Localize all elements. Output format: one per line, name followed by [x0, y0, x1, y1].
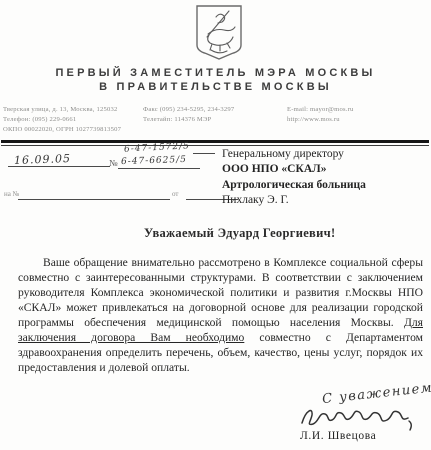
- salutation: Уважаемый Эдуард Георгиевич!: [144, 226, 335, 241]
- contact-fax: Факс (095) 234-5295, 234-3297: [143, 105, 287, 115]
- contact-email: E-mail: mayor@mos.ru: [287, 105, 407, 115]
- scanned-letter-page: ПЕРВЫЙ ЗАМЕСТИТЕЛЬ МЭРА МОСКВЫ В ПРАВИТЕ…: [0, 0, 431, 450]
- contact-web-column: E-mail: mayor@mos.ru http://www.mos.ru: [287, 105, 407, 135]
- letterhead-contact-block: Тверская улица, д. 13, Москва, 125032 Те…: [3, 105, 429, 135]
- date-line: [8, 166, 110, 167]
- recipient-person: Пихлаку Э. Г.: [222, 193, 366, 208]
- contact-okpo-ogrn: ОКПО 00022020, ОГРН 1027739813507: [3, 125, 133, 135]
- recipient-organization: ООО НПО «СКАЛ»: [222, 162, 366, 177]
- signature-scribble-icon: [298, 403, 420, 433]
- number-sign: №: [109, 158, 118, 168]
- body-part1: Ваше обращение внимательно рассмотрено в…: [18, 256, 423, 329]
- letterhead-title-line1: ПЕРВЫЙ ЗАМЕСТИТЕЛЬ МЭРА МОСКВЫ: [0, 67, 431, 79]
- contact-teletype: Телетайп: 114376 МЭР: [143, 115, 287, 125]
- reply-number-line: [18, 199, 170, 200]
- reply-to-number-label: на №: [4, 190, 19, 198]
- signatory-name: Л.И. Швецова: [300, 430, 376, 442]
- number-line-short: [193, 153, 215, 154]
- recipient-block: Генеральному директору ООО НПО «СКАЛ» Ар…: [222, 147, 366, 208]
- recipient-institution: Артрологическая больница: [222, 178, 366, 193]
- contact-address: Тверская улица, д. 13, Москва, 125032: [3, 105, 133, 115]
- handwritten-number-top: 6-47-1572/5: [124, 141, 190, 154]
- handwritten-number-bottom: 6-47-6625/5: [121, 155, 187, 167]
- contact-phone: Телефон: (095) 229-0661: [3, 115, 133, 125]
- reply-from-label: от: [172, 190, 178, 198]
- letterhead-title-line2: В ПРАВИТЕЛЬСТВЕ МОСКВЫ: [0, 81, 431, 93]
- letter-body: Ваше обращение внимательно рассмотрено в…: [18, 255, 423, 375]
- contact-fax-column: Факс (095) 234-5295, 234-3297 Телетайп: …: [143, 105, 287, 135]
- moscow-coat-of-arms-icon: [194, 4, 244, 60]
- header-rule-thin: [1, 145, 429, 146]
- number-line: [118, 168, 200, 169]
- recipient-position: Генеральному директору: [222, 147, 366, 162]
- contact-website: http://www.mos.ru: [287, 115, 407, 125]
- handwritten-date: 16.09.05: [14, 152, 71, 167]
- header-rule-thick: [1, 140, 429, 143]
- contact-address-column: Тверская улица, д. 13, Москва, 125032 Те…: [3, 105, 133, 135]
